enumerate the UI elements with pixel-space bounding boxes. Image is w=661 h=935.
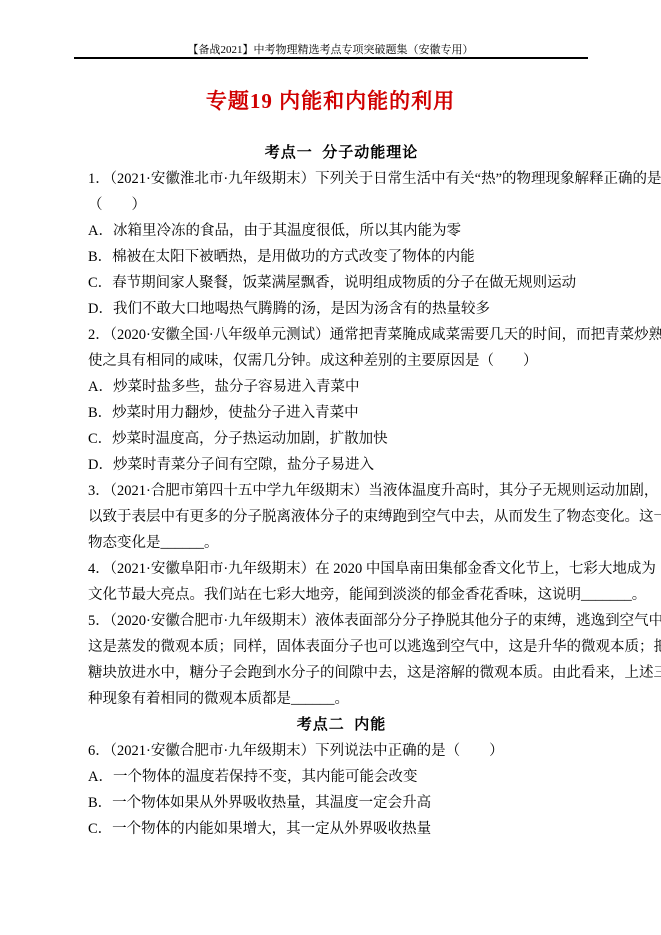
question-5-line-3: 糖块放进水中，糖分子会跑到水分子的间隙中去，这是溶解的微观本质。由此看来，上述三 xyxy=(88,660,595,686)
header-rule xyxy=(74,57,588,59)
section-2-heading: 考点二 内能 xyxy=(88,712,595,738)
question-3-line-3-blank: 物态变化是______。 xyxy=(88,530,595,556)
question-1-option-b: B．棉被在太阳下被晒热，是用做功的方式改变了物体的内能 xyxy=(88,244,595,270)
question-6-option-a: A．一个物体的温度若保持不变，其内能可能会改变 xyxy=(88,764,595,790)
question-3-line-1: 3．（2021·合肥市第四十五中学九年级期末）当液体温度升高时，其分子无规则运动… xyxy=(88,478,595,504)
question-6-option-c: C．一个物体的内能如果增大，其一定从外界吸收热量 xyxy=(88,816,595,842)
document-body: 考点一 分子动能理论 1．（2021·安徽淮北市·九年级期末）下列关于日常生活中… xyxy=(88,140,595,842)
question-5-line-1: 5．（2020·安徽合肥市·九年级期末）液体表面部分分子挣脱其他分子的束缚，逃逸… xyxy=(88,608,595,634)
question-2-option-a: A．炒菜时盐多些，盐分子容易进入青菜中 xyxy=(88,374,595,400)
question-1-line-1: 1．（2021·安徽淮北市·九年级期末）下列关于日常生活中有关“热”的物理现象解… xyxy=(88,166,595,192)
document-page: 【备战2021】中考物理精选考点专项突破题集（安徽专用） 专题19 内能和内能的… xyxy=(0,0,661,935)
question-4-line-1: 4．（2021·安徽阜阳市·九年级期末）在 2020 中国阜南田集郁金香文化节上… xyxy=(88,556,595,582)
question-2-line-2: 使之具有相同的咸味，仅需几分钟。成这种差别的主要原因是（ ） xyxy=(88,348,595,374)
document-title: 专题19 内能和内能的利用 xyxy=(0,85,661,115)
question-2-option-c: C．炒菜时温度高，分子热运动加剧，扩散加快 xyxy=(88,426,595,452)
question-5-line-2: 这是蒸发的微观本质；同样，固体表面分子也可以逃逸到空气中，这是升华的微观本质；把 xyxy=(88,634,595,660)
question-5-line-4-blank: 种现象有着相同的微观本质都是______。 xyxy=(88,686,595,712)
question-1-option-c: C．春节期间家人聚餐，饭菜满屋飘香，说明组成物质的分子在做无规则运动 xyxy=(88,270,595,296)
question-2-option-b: B．炒菜时用力翻炒，使盐分子进入青菜中 xyxy=(88,400,595,426)
question-6-line-1: 6．（2021·安徽合肥市·九年级期末）下列说法中正确的是（ ） xyxy=(88,738,595,764)
question-6-option-b: B．一个物体如果从外界吸收热量，其温度一定会升高 xyxy=(88,790,595,816)
question-4-line-2-blank: 文化节最大亮点。我们站在七彩大地旁，能闻到淡淡的郁金香花香味，这说明______… xyxy=(88,582,595,608)
question-1-option-d: D．我们不敢大口地喝热气腾腾的汤，是因为汤含有的热量较多 xyxy=(88,296,595,322)
question-1-answer-parentheses: （ ） xyxy=(88,192,595,218)
question-1-option-a: A．冰箱里冷冻的食品，由于其温度很低，所以其内能为零 xyxy=(88,218,595,244)
question-2-option-d: D．炒菜时青菜分子间有空隙，盐分子易进入 xyxy=(88,452,595,478)
section-1-heading: 考点一 分子动能理论 xyxy=(88,140,595,166)
page-header-text: 【备战2021】中考物理精选考点专项突破题集（安徽专用） xyxy=(0,41,661,57)
question-3-line-2: 以致于表层中有更多的分子脱离液体分子的束缚跑到空气中去，从而发生了物态变化。这一 xyxy=(88,504,595,530)
question-2-line-1: 2．（2020·安徽全国·八年级单元测试）通常把青菜腌成咸菜需要几天的时间，而把… xyxy=(88,322,595,348)
